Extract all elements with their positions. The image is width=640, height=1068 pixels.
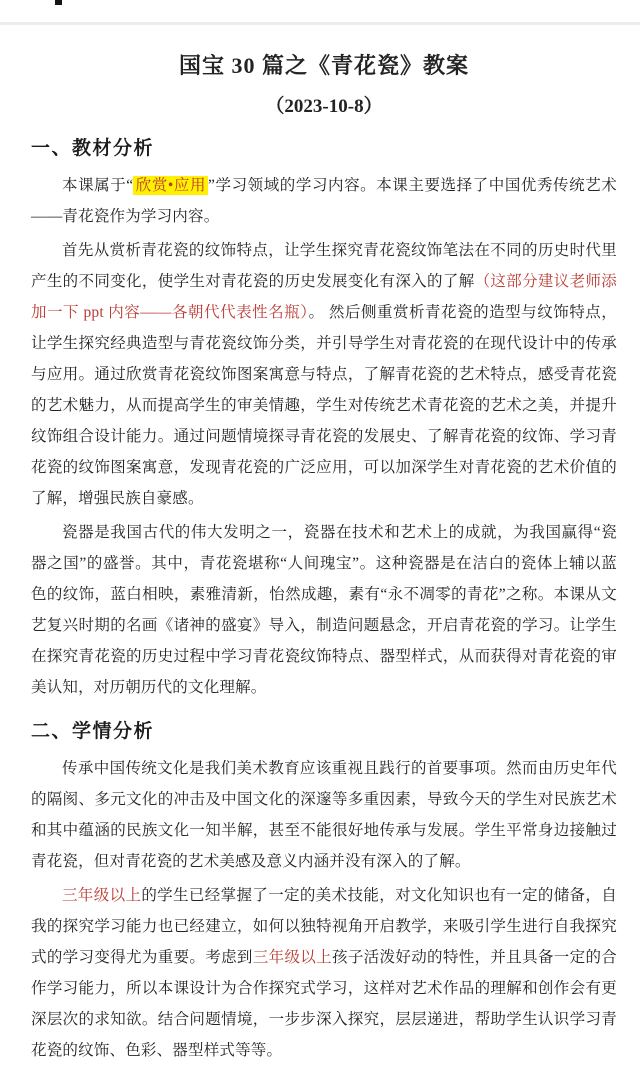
top-strip [0,0,640,25]
text-run: 瓷器是我国古代的伟大发明之一，瓷器在技术和艺术上的成就，为我国赢得“瓷器之国”的… [31,524,617,696]
paragraph: 本课属于“欣赏•应用”学习领域的学习内容。本课主要选择了中国优秀传统艺术——青花… [31,170,617,232]
text-run: 传承中国传统文化是我们美术教育应该重视且践行的首要事项。然而由历史年代的隔阂、多… [31,760,617,870]
highlighted-term: 欣赏•应用 [133,176,208,195]
paragraph: 瓷器是我国古代的伟大发明之一，瓷器在技术和艺术上的成就，为我国赢得“瓷器之国”的… [31,517,617,703]
document-date: （2023-10-8） [31,94,617,120]
document-title: 国宝 30 篇之《青花瓷》教案 [31,50,617,82]
cropped-glyph-mark [55,0,62,5]
text-run: 本课属于“ [62,177,133,194]
red-annotation-text: 三年级以上 [62,887,141,904]
paragraph: 首先从赏析青花瓷的纹饰特点，让学生探究青花瓷纹饰笔法在不同的历史时代里产生的不同… [31,235,617,514]
section-heading: 二、学情分析 [31,718,617,745]
section-heading: 一、教材分析 [31,135,617,162]
text-run: 。 然后侧重赏析青花瓷的造型与纹饰特点，让学生探究经典造型与青花瓷纹饰分类，并引… [31,304,617,507]
paragraph: 三年级以上的学生已经掌握了一定的美术技能，对文化知识也有一定的储备，自我的探究学… [31,880,617,1066]
paragraph: 传承中国传统文化是我们美术教育应该重视且践行的首要事项。然而由历史年代的隔阂、多… [31,753,617,877]
document-page: 国宝 30 篇之《青花瓷》教案 （2023-10-8） 一、教材分析本课属于“欣… [0,25,640,1066]
sections-container: 一、教材分析本课属于“欣赏•应用”学习领域的学习内容。本课主要选择了中国优秀传统… [31,135,617,1066]
red-annotation-text: 三年级以上 [253,949,332,966]
